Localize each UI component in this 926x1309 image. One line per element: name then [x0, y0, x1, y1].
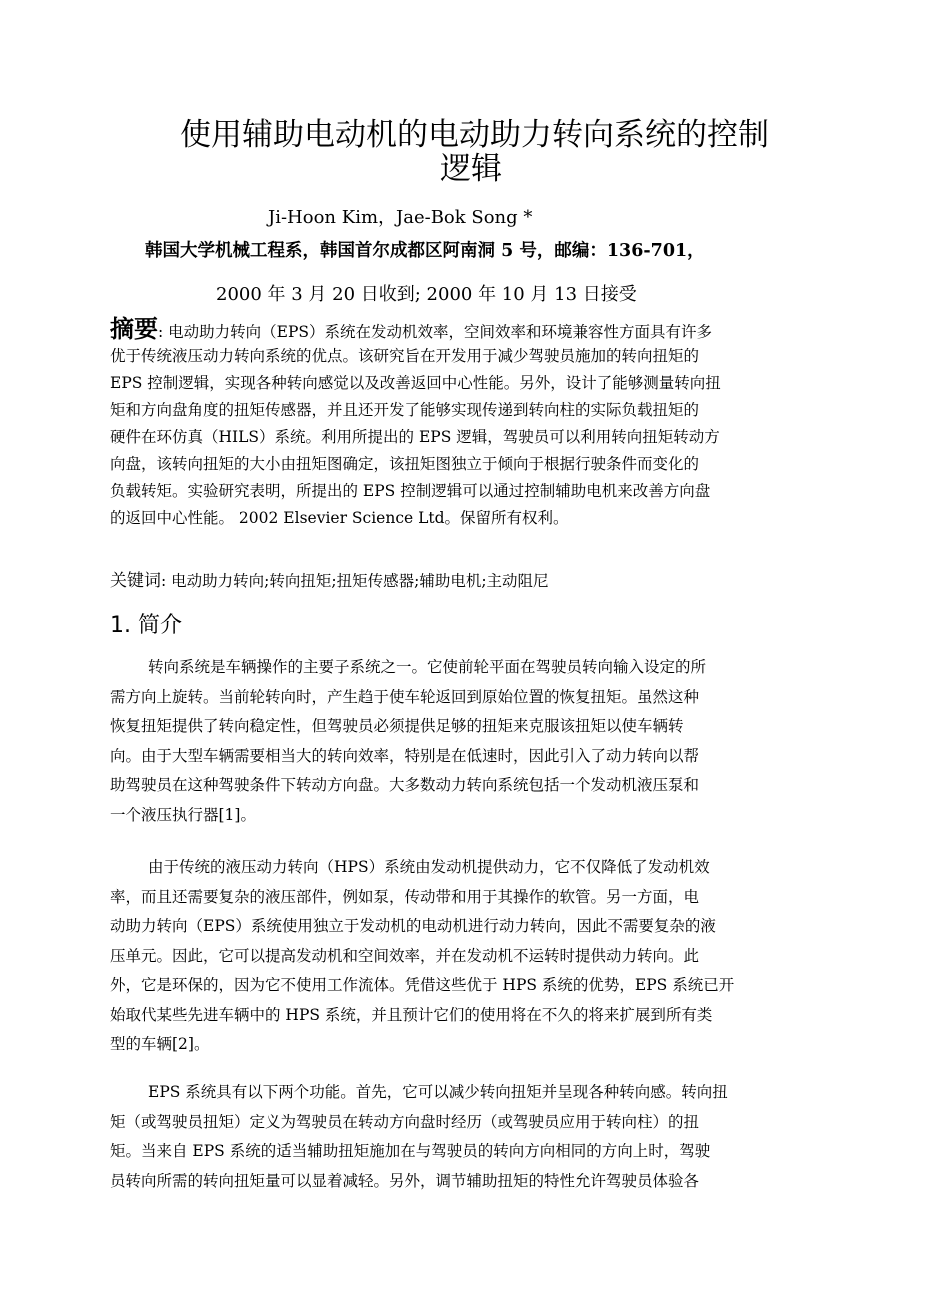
abstract-line: EPS 控制逻辑，实现各种转向感觉以及改善返回中心性能。另外，设计了能够测量转向…	[110, 370, 840, 397]
abstract-line: 负载转矩。实验研究表明，所提出的 EPS 控制逻辑可以通过控制辅助电机来改善方向…	[110, 478, 840, 505]
title-line-2: 逻辑	[180, 152, 840, 186]
abstract-line: 优于传统液压动力转向系统的优点。该研究旨在开发用于减少驾驶员施加的转向扭矩的	[110, 343, 840, 370]
paragraph-line: 型的车辆[2]。	[110, 1030, 840, 1060]
paragraph-line: 始取代某些先进车辆中的 HPS 系统，并且预计它们的使用将在不久的将来扩展到所有…	[110, 1001, 840, 1031]
paragraph-line: 压单元。因此，它可以提高发动机和空间效率，并在发动机不运转时提供动力转向。此	[110, 942, 840, 972]
paragraph-line: 转向系统是车辆操作的主要子系统之一。它使前轮平面在驾驶员转向输入设定的所	[110, 653, 840, 683]
paragraph-line: 向。由于大型车辆需要相当大的转向效率，特别是在低速时，因此引入了动力转向以帮	[110, 742, 840, 772]
authors: Ji-Hoon Kim，Jae-Bok Song *	[268, 203, 532, 229]
paragraph-1: 转向系统是车辆操作的主要子系统之一。它使前轮平面在驾驶员转向输入设定的所 需方向…	[110, 653, 840, 830]
section-heading-introduction: 1. 简介	[110, 608, 182, 639]
paragraph-line: EPS 系统具有以下两个功能。首先，它可以减少转向扭矩并呈现各种转向感。转向扭	[110, 1078, 840, 1108]
paragraph-3: EPS 系统具有以下两个功能。首先，它可以减少转向扭矩并呈现各种转向感。转向扭 …	[110, 1078, 840, 1196]
abstract-line: 硬件在环仿真（HILS）系统。利用所提出的 EPS 逻辑，驾驶员可以利用转向扭矩…	[110, 424, 840, 451]
paragraph-line: 员转向所需的转向扭矩量可以显着减轻。另外，调节辅助扭矩的特性允许驾驶员体验各	[110, 1167, 840, 1197]
paragraph-line: 恢复扭矩提供了转向稳定性，但驾驶员必须提供足够的扭矩来克服该扭矩以使车辆转	[110, 712, 840, 742]
paragraph-line: 由于传统的液压动力转向（HPS）系统由发动机提供动力，它不仅降低了发动机效	[110, 853, 840, 883]
paper-title: 使用辅助电动机的电动助力转向系统的控制 逻辑	[180, 118, 840, 186]
abstract: 摘要: 电动助力转向（EPS）系统在发动机效率，空间效率和环境兼容性方面具有许多…	[110, 316, 840, 532]
abstract-line: 摘要: 电动助力转向（EPS）系统在发动机效率，空间效率和环境兼容性方面具有许多	[110, 316, 840, 343]
received-accepted-dates: 2000 年 3 月 20 日收到; 2000 年 10 月 13 日接受	[216, 280, 637, 306]
abstract-heading: 摘要	[110, 315, 158, 343]
paragraph-line: 矩。当来自 EPS 系统的适当辅助扭矩施加在与驾驶员的转向方向相同的方向上时，驾…	[110, 1137, 840, 1167]
paragraph-line: 助驾驶员在这种驾驶条件下转动方向盘。大多数动力转向系统包括一个发动机液压泵和	[110, 771, 840, 801]
keywords-text: 电动助力转向;转向扭矩;扭矩传感器;辅助电机;主动阻尼	[166, 572, 548, 590]
affiliation: 韩国大学机械工程系，韩国首尔成都区阿南洞 5 号，邮编：136-701，	[145, 237, 705, 262]
paragraph-line: 外，它是环保的，因为它不使用工作流体。凭借这些优于 HPS 系统的优势，EPS …	[110, 971, 840, 1001]
paragraph-line: 矩（或驾驶员扭矩）定义为驾驶员在转动方向盘时经历（或驾驶员应用于转向柱）的扭	[110, 1108, 840, 1138]
paragraph-line: 需方向上旋转。当前轮转向时，产生趋于使车轮返回到原始位置的恢复扭矩。虽然这种	[110, 683, 840, 713]
paragraph-line: 动助力转向（EPS）系统使用独立于发动机的电动机进行动力转向，因此不需要复杂的液	[110, 912, 840, 942]
keywords: 关键词: 电动助力转向;转向扭矩;扭矩传感器;辅助电机;主动阻尼	[110, 568, 549, 595]
abstract-line: 的返回中心性能。 2002 Elsevier Science Ltd。保留所有权…	[110, 505, 840, 532]
paper-page: 使用辅助电动机的电动助力转向系统的控制 逻辑 Ji-Hoon Kim，Jae-B…	[0, 0, 926, 1309]
title-line-1: 使用辅助电动机的电动助力转向系统的控制	[180, 118, 840, 152]
abstract-line: 向盘，该转向扭矩的大小由扭矩图确定，该扭矩图独立于倾向于根据行驶条件而变化的	[110, 451, 840, 478]
paragraph-line: 一个液压执行器[1]。	[110, 801, 840, 831]
paragraph-2: 由于传统的液压动力转向（HPS）系统由发动机提供动力，它不仅降低了发动机效 率，…	[110, 853, 840, 1060]
abstract-line: 矩和方向盘角度的扭矩传感器，并且还开发了能够实现传递到转向柱的实际负载扭矩的	[110, 397, 840, 424]
keywords-heading: 关键词	[110, 571, 161, 591]
paragraph-line: 率，而且还需要复杂的液压部件，例如泵，传动带和用于其操作的软管。另一方面，电	[110, 883, 840, 913]
